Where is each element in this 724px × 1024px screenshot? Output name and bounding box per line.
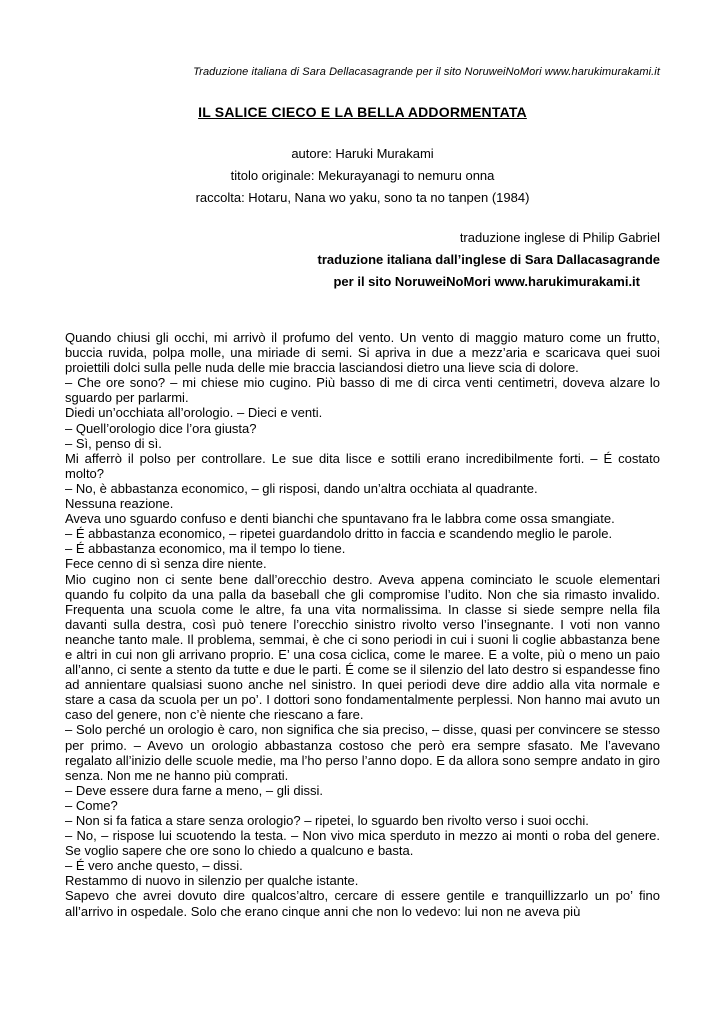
original-title-line: titolo originale: Mekurayanagi to nemuru… (65, 165, 660, 187)
paragraph: – Deve essere dura farne a meno, – gli d… (65, 783, 660, 798)
paragraph: Nessuna reazione. (65, 496, 660, 511)
paragraph: Fece cenno di sì senza dire niente. (65, 556, 660, 571)
paragraph: – É abbastanza economico, ma il tempo lo… (65, 541, 660, 556)
paragraph: Quando chiusi gli occhi, mi arrivò il pr… (65, 330, 660, 375)
paragraph: Mio cugino non ci sente bene dall’orecch… (65, 572, 660, 723)
author-line: autore: Haruki Murakami (65, 143, 660, 165)
paragraph: Restammo di nuovo in silenzio per qualch… (65, 873, 660, 888)
paragraph: Aveva uno sguardo confuso e denti bianch… (65, 511, 660, 526)
document-page: Traduzione italiana di Sara Dellacasagra… (0, 0, 724, 1024)
translation-credits: traduzione inglese di Philip Gabriel tra… (65, 227, 660, 293)
english-translation-credit: traduzione inglese di Philip Gabriel (65, 227, 660, 249)
paragraph: – É abbastanza economico, – ripetei guar… (65, 526, 660, 541)
story-metadata: autore: Haruki Murakami titolo originale… (65, 143, 660, 209)
paragraph: – Solo perché un orologio è caro, non si… (65, 722, 660, 782)
translation-attribution-note: Traduzione italiana di Sara Dellacasagra… (65, 66, 660, 79)
collection-line: raccolta: Hotaru, Nana wo yaku, sono ta … (65, 187, 660, 209)
site-credit: per il sito NoruweiNoMori www.harukimura… (65, 271, 660, 293)
paragraph: – Sì, penso di sì. (65, 436, 660, 451)
paragraph: – Quell’orologio dice l’ora giusta? (65, 421, 660, 436)
paragraph: – No, è abbastanza economico, – gli risp… (65, 481, 660, 496)
paragraph: – Come? (65, 798, 660, 813)
paragraph: Sapevo che avrei dovuto dire qualcos’alt… (65, 888, 660, 918)
story-body: Quando chiusi gli occhi, mi arrivò il pr… (65, 330, 660, 919)
italian-translation-credit: traduzione italiana dall’inglese di Sara… (65, 249, 660, 271)
paragraph: Mi afferrò il polso per controllare. Le … (65, 451, 660, 481)
story-title: IL SALICE CIECO E LA BELLA ADDORMENTATA (65, 105, 660, 120)
paragraph: Diedi un’occhiata all’orologio. – Dieci … (65, 405, 660, 420)
paragraph: – Che ore sono? – mi chiese mio cugino. … (65, 375, 660, 405)
paragraph: – No, – rispose lui scuotendo la testa. … (65, 828, 660, 858)
paragraph: – Non si fa fatica a stare senza orologi… (65, 813, 660, 828)
paragraph: – É vero anche questo, – dissi. (65, 858, 660, 873)
